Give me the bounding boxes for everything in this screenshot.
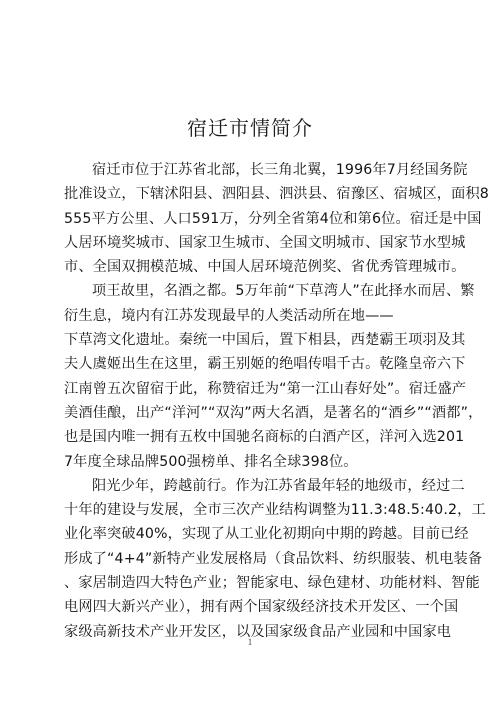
page-number: 1 <box>0 637 500 647</box>
document-body: 宿迁市位于江苏省北部，长三角北翼，1996年7月经国务院 批准设立，下辖沭阳县、… <box>64 158 439 644</box>
text-line: 形成了“4+4”新特产业发展格局（食品饮料、纺织服装、机电装备 <box>64 547 439 571</box>
document-page: 宿迁市情简介 宿迁市位于江苏省北部，长三角北翼，1996年7月经国务院 批准设立… <box>0 0 500 707</box>
text-line: 555平方公里、人口591万，分列全省第4位和第6位。宿迁是中国 <box>64 207 439 231</box>
text-line: 江南曾五次留宿于此，称赞宿迁为“第一江山春好处”。宿迁盛产 <box>64 377 439 401</box>
text-line: 宿迁市位于江苏省北部，长三角北翼，1996年7月经国务院 <box>64 158 439 182</box>
text-line: 、家居制造四大特色产业；智能家电、绿色建材、功能材料、智能 <box>64 571 439 595</box>
text-line: 美酒佳酿，出产“洋河”“双沟”两大名酒，是著名的“酒乡”“酒都”， <box>64 401 439 425</box>
text-line: 下草湾文化遗址。秦统一中国后，置下相县，西楚霸王项羽及其 <box>64 328 439 352</box>
text-line: 人居环境奖城市、国家卫生城市、全国文明城市、国家节水型城 <box>64 231 439 255</box>
text-line: 7年度全球品牌500强榜单、排名全球398位。 <box>64 450 439 474</box>
text-line: 衍生息，境内有江苏发现最早的人类活动所在地—— <box>64 304 439 328</box>
text-line: 业化率突破40%，实现了从工业化初期向中期的跨越。目前已经 <box>64 522 439 546</box>
text-line: 夫人虞姬出生在这里，霸王别姬的绝唱传唱千古。乾隆皇帝六下 <box>64 352 439 376</box>
text-line: 市、全国双拥模范城、中国人居环境范例奖、省优秀管理城市。 <box>64 255 439 279</box>
text-line: 项王故里，名酒之都。5万年前“下草湾人”在此择水而居、繁 <box>64 279 439 303</box>
text-line: 十年的建设与发展，全市三次产业结构调整为11.3:48.5:40.2，工 <box>64 498 439 522</box>
text-line: 批准设立，下辖沭阳县、泗阳县、泗洪县、宿豫区、宿城区，面积8 <box>64 182 439 206</box>
text-line: 电网四大新兴产业），拥有两个国家级经济技术开发区、一个国 <box>64 595 439 619</box>
document-title: 宿迁市情简介 <box>0 112 500 141</box>
text-line: 也是国内唯一拥有五枚中国驰名商标的白酒产区，洋河入选201 <box>64 425 439 449</box>
text-line: 阳光少年，跨越前行。作为江苏省最年轻的地级市，经过二 <box>64 474 439 498</box>
